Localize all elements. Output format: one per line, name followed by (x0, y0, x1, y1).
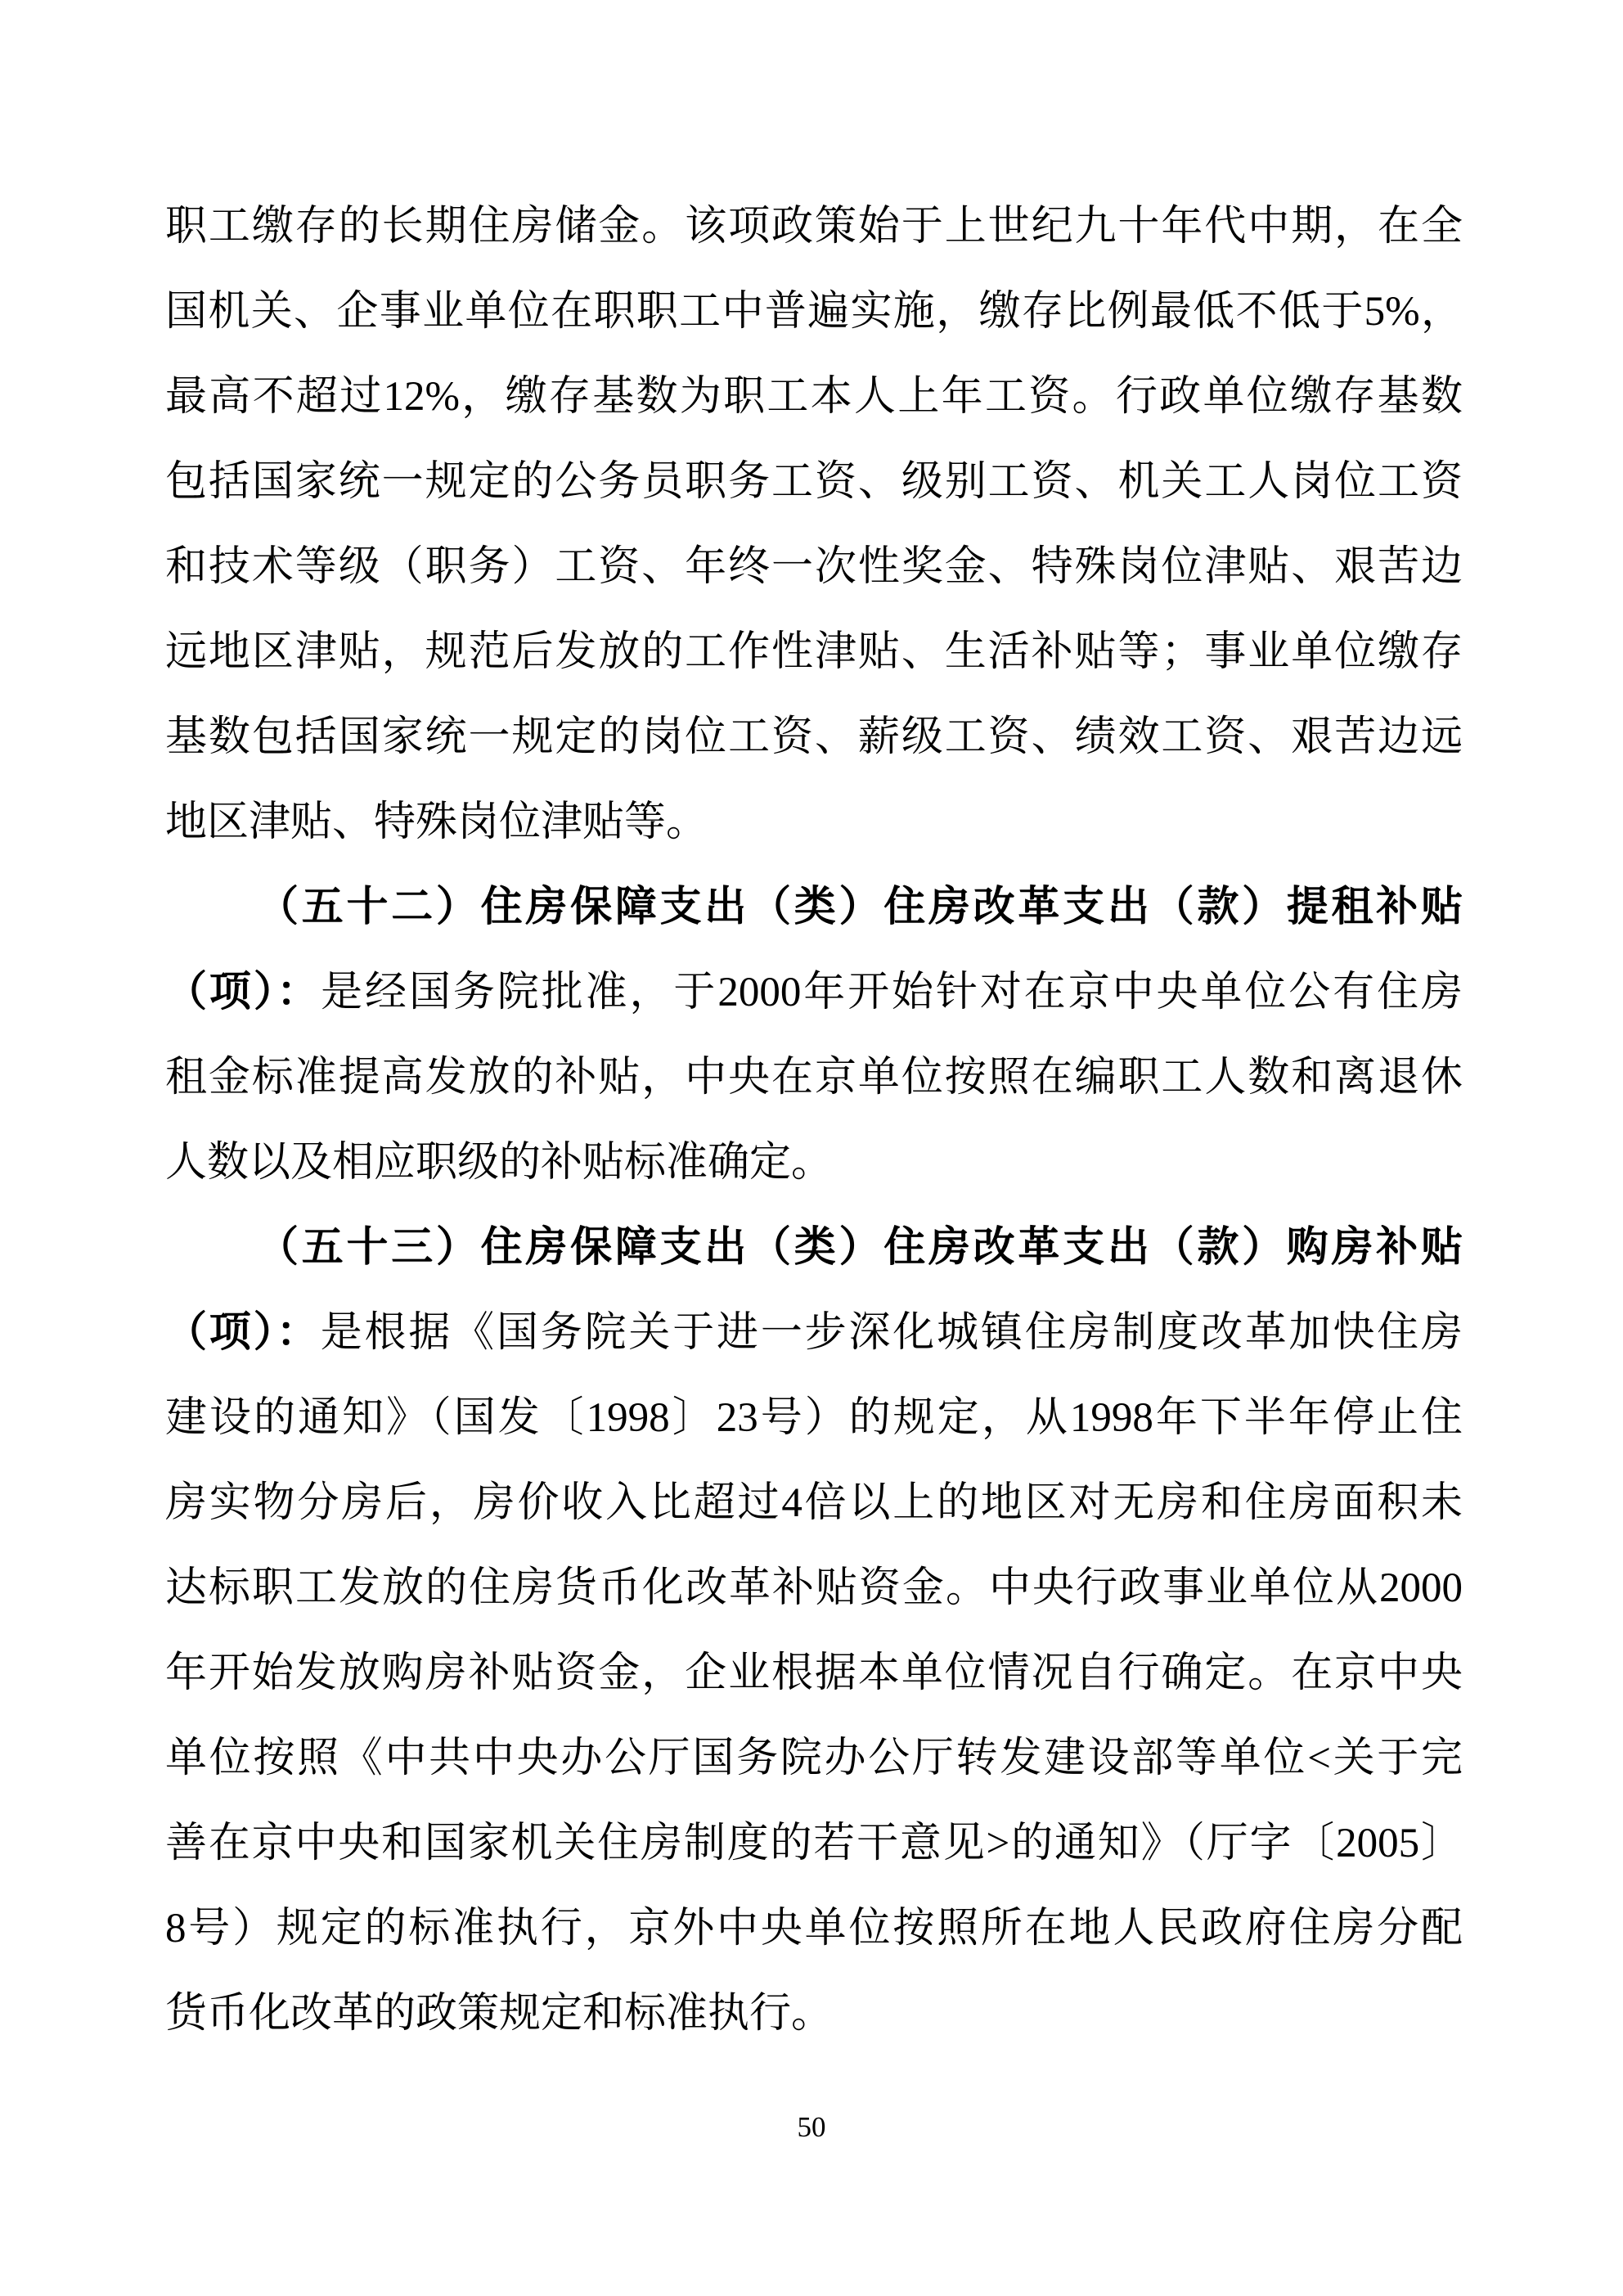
text-line: 国机关、企事业单位在职职工中普遍实施，缴存比例最低不低于5%， (165, 269, 1463, 354)
text-segment: 达标职工发放的住房货币化改革补贴资金。中央行政事业单位从2000 (165, 1565, 1463, 1611)
text-line: 8号）规定的标准执行，京外中央单位按照所在地人民政府住房分配 (165, 1886, 1463, 1971)
text-segment: 和技术等级（职务）工资、年终一次性奖金、特殊岗位津贴、艰苦边 (165, 544, 1463, 590)
text-segment: 最高不超过12%，缴存基数为职工本人上年工资。行政单位缴存基数 (165, 374, 1463, 420)
text-line: 地区津贴、特殊岗位津贴等。 (165, 780, 1463, 865)
document-root: { "page": { "number": "50", "background_… (0, 0, 1623, 2296)
text-line: 年开始发放购房补贴资金，企业根据本单位情况自行确定。在京中央 (165, 1631, 1463, 1716)
bold-text-segment: （五十三）住房保障支出（类）住房改革支出（款）购房补贴 (257, 1225, 1463, 1271)
text-line: 人数以及相应职级的补贴标准确定。 (165, 1120, 1463, 1205)
text-segment: 8号）规定的标准执行，京外中央单位按照所在地人民政府住房分配 (165, 1906, 1463, 1952)
text-line: 货币化改革的政策规定和标准执行。 (165, 1971, 1463, 2056)
text-segment: 基数包括国家统一规定的岗位工资、薪级工资、绩效工资、艰苦边远 (165, 714, 1463, 760)
text-line: 达标职工发放的住房货币化改革补贴资金。中央行政事业单位从2000 (165, 1546, 1463, 1631)
text-segment: 国机关、企事业单位在职职工中普遍实施，缴存比例最低不低于5%， (165, 289, 1463, 335)
text-line: 善在京中央和国家机关住房制度的若干意见>的通知》（厅字〔2005〕 (165, 1801, 1463, 1886)
text-line: 包括国家统一规定的公务员职务工资、级别工资、机关工人岗位工资 (165, 439, 1463, 524)
text-segment: 货币化改革的政策规定和标准执行。 (165, 1991, 833, 2037)
bold-text-segment: （项）： (165, 970, 321, 1015)
text-segment: 房实物分房后，房价收入比超过4倍以上的地区对无房和住房面积未 (165, 1480, 1463, 1526)
document-page: 职工缴存的长期住房储金。该项政策始于上世纪九十年代中期，在全国机关、企事业单位在… (0, 0, 1623, 2296)
text-line: （五十二）住房保障支出（类）住房改革支出（款）提租补贴 (165, 865, 1463, 950)
text-segment: 职工缴存的长期住房储金。该项政策始于上世纪九十年代中期，在全 (165, 204, 1463, 250)
text-line: 租金标准提高发放的补贴，中央在京单位按照在编职工人数和离退休 (165, 1035, 1463, 1120)
text-line: 房实物分房后，房价收入比超过4倍以上的地区对无房和住房面积未 (165, 1461, 1463, 1546)
text-segment: 是根据《国务院关于进一步深化城镇住房制度改革加快住房 (321, 1310, 1463, 1356)
text-line: （项）：是根据《国务院关于进一步深化城镇住房制度改革加快住房 (165, 1290, 1463, 1375)
text-segment: 是经国务院批准，于2000年开始针对在京中央单位公有住房 (321, 970, 1463, 1015)
text-line: 基数包括国家统一规定的岗位工资、薪级工资、绩效工资、艰苦边远 (165, 695, 1463, 780)
text-line: 和技术等级（职务）工资、年终一次性奖金、特殊岗位津贴、艰苦边 (165, 524, 1463, 610)
text-line: 单位按照《中共中央办公厅国务院办公厅转发建设部等单位<关于完 (165, 1716, 1463, 1801)
text-line: 建设的通知》（国发〔1998〕23号）的规定，从1998年下半年停止住 (165, 1375, 1463, 1461)
text-segment: 善在京中央和国家机关住房制度的若干意见>的通知》（厅字〔2005〕 (165, 1821, 1463, 1866)
text-line: 最高不超过12%，缴存基数为职工本人上年工资。行政单位缴存基数 (165, 354, 1463, 439)
text-segment: 年开始发放购房补贴资金，企业根据本单位情况自行确定。在京中央 (165, 1650, 1463, 1696)
bold-text-segment: （五十二）住房保障支出（类）住房改革支出（款）提租补贴 (257, 885, 1463, 930)
text-segment: 单位按照《中共中央办公厅国务院办公厅转发建设部等单位<关于完 (165, 1736, 1463, 1781)
text-segment: 远地区津贴，规范后发放的工作性津贴、生活补贴等；事业单位缴存 (165, 629, 1463, 675)
text-line: （五十三）住房保障支出（类）住房改革支出（款）购房补贴 (165, 1205, 1463, 1290)
text-segment: 建设的通知》（国发〔1998〕23号）的规定，从1998年下半年停止住 (165, 1395, 1463, 1441)
text-line: （项）：是经国务院批准，于2000年开始针对在京中央单位公有住房 (165, 950, 1463, 1035)
text-segment: 地区津贴、特殊岗位津贴等。 (165, 799, 708, 845)
text-segment: 包括国家统一规定的公务员职务工资、级别工资、机关工人岗位工资 (165, 459, 1463, 505)
text-segment: 租金标准提高发放的补贴，中央在京单位按照在编职工人数和离退休 (165, 1055, 1463, 1101)
bold-text-segment: （项）： (165, 1310, 321, 1356)
text-line: 职工缴存的长期住房储金。该项政策始于上世纪九十年代中期，在全 (165, 184, 1463, 269)
text-segment: 人数以及相应职级的补贴标准确定。 (165, 1140, 833, 1186)
text-line: 远地区津贴，规范后发放的工作性津贴、生活补贴等；事业单位缴存 (165, 610, 1463, 695)
page-number: 50 (0, 2111, 1623, 2144)
document-body: 职工缴存的长期住房储金。该项政策始于上世纪九十年代中期，在全国机关、企事业单位在… (165, 184, 1463, 2056)
